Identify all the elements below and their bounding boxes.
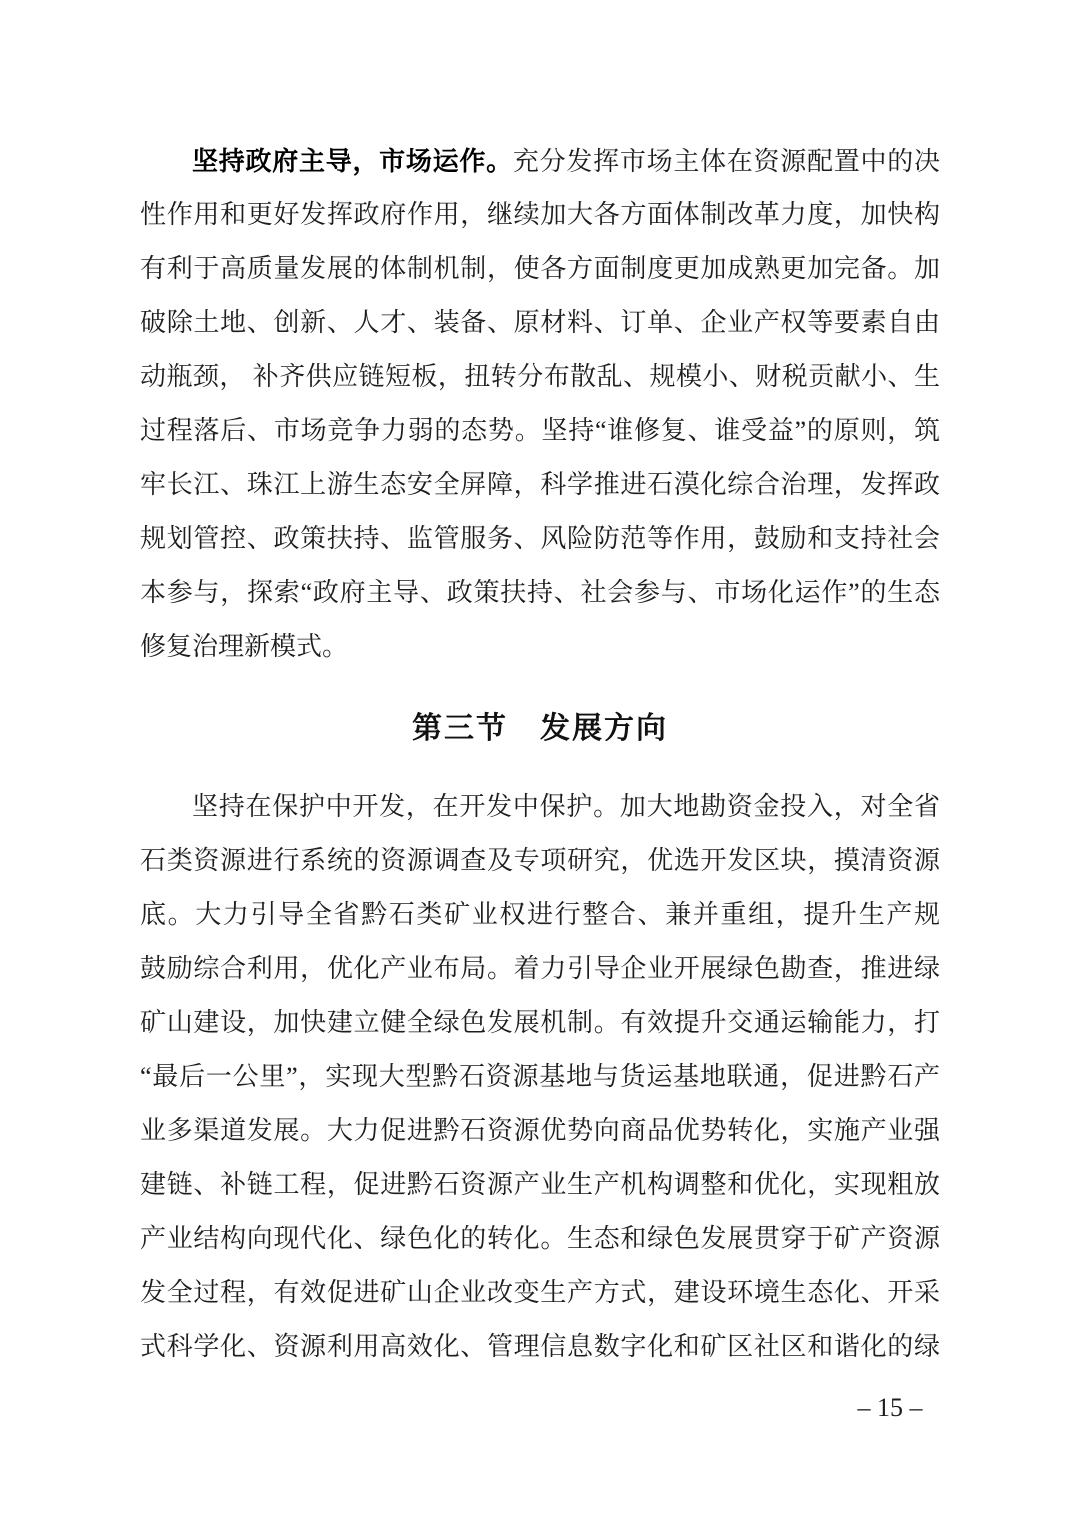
paragraph-2-line-1: 坚持在保护中开发，在开发中保护。加大地勘资金投入，对全省黔 [140,780,940,834]
paragraph-1-line-7: 牢长江、珠江上游生态安全屏障，科学推进石漠化综合治理，发挥政府 [140,458,940,512]
paragraph-1-line-2: 性作用和更好发挥政府作用，继续加大各方面体制改革力度，加快构建 [140,188,940,242]
paragraph-2-line-5: 矿山建设，加快建立健全绿色发展机制。有效提升交通运输能力，打通 [140,996,940,1050]
paragraph-1-line-5: 动瓶颈， 补齐供应链短板，扭转分布散乱、规模小、财税贡献小、生产 [140,350,940,404]
paragraph-2-line-6: “最后一公里”，实现大型黔石资源基地与货运基地联通，促进黔石产 [140,1050,940,1104]
paragraph-1-line-10: 修复治理新模式。 [140,620,940,674]
paragraph-1-line-4: 破除土地、创新、人才、装备、原材料、订单、企业产权等要素自由流 [140,296,940,350]
text-block: 坚持政府主导，市场运作。充分发挥市场主体在资源配置中的决定 性作用和更好发挥政府… [140,134,940,1374]
document-page: 坚持政府主导，市场运作。充分发挥市场主体在资源配置中的决定 性作用和更好发挥政府… [0,0,1074,1520]
paragraph-1-line-9: 本参与，探索“政府主导、政策扶持、社会参与、市场化运作”的生态 [140,566,940,620]
paragraph-1-line-1: 坚持政府主导，市场运作。充分发挥市场主体在资源配置中的决定 [140,134,940,188]
paragraph-2-line-10: 发全过程，有效促进矿山企业改变生产方式，建设环境生态化、开采方 [140,1266,940,1320]
paragraph-1-line-8: 规划管控、政策扶持、监管服务、风险防范等作用，鼓励和支持社会资 [140,512,940,566]
paragraph-1: 坚持政府主导，市场运作。充分发挥市场主体在资源配置中的决定 性作用和更好发挥政府… [140,134,940,674]
paragraph-2: 坚持在保护中开发，在开发中保护。加大地勘资金投入，对全省黔 石类资源进行系统的资… [140,780,940,1374]
paragraph-2-line-4: 鼓励综合利用，优化产业布局。着力引导企业开展绿色勘查，推进绿色 [140,942,940,996]
paragraph-2-line-2: 石类资源进行系统的资源调查及专项研究，优选开发区块，摸清资源家 [140,834,940,888]
paragraph-2-line-8: 建链、补链工程，促进黔石资源产业生产机构调整和优化，实现粗放型 [140,1158,940,1212]
paragraph-2-line-3: 底。大力引导全省黔石类矿业权进行整合、兼并重组，提升生产规模， [140,888,940,942]
paragraph-2-line-11: 式科学化、资源利用高效化、管理信息数字化和矿区社区和谐化的绿色 [140,1320,940,1374]
section-heading: 第三节 发展方向 [140,702,940,756]
paragraph-1-bold-lead: 坚持政府主导，市场运作。 [192,146,513,176]
paragraph-1-line-6: 过程落后、市场竞争力弱的态势。坚持“谁修复、谁受益”的原则，筑 [140,404,940,458]
paragraph-1-line-3: 有利于高质量发展的体制机制，使各方面制度更加成熟更加完备。加快 [140,242,940,296]
paragraph-2-line-9: 产业结构向现代化、绿色化的转化。生态和绿色发展贯穿于矿产资源开 [140,1212,940,1266]
paragraph-2-line-7: 业多渠道发展。大力促进黔石资源优势向商品优势转化，实施产业强链、 [140,1104,940,1158]
page-number: – 15 – [820,1393,960,1423]
